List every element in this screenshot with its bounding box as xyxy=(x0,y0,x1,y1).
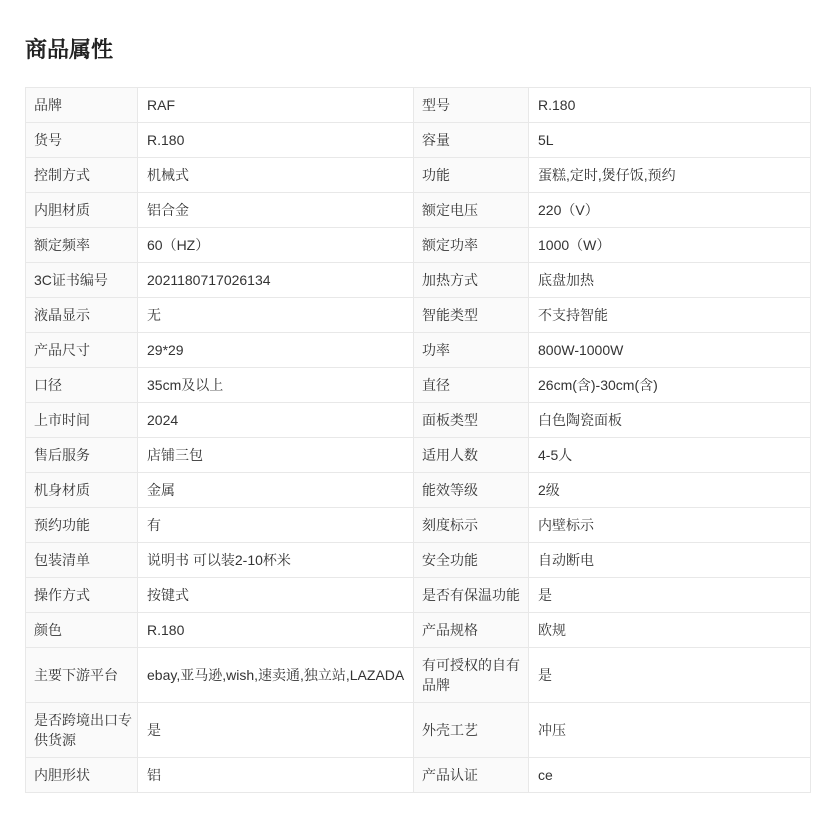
attribute-row: 内胆材质铝合金额定电压220（V） xyxy=(26,193,811,228)
attribute-value: R.180 xyxy=(138,613,414,648)
attribute-label: 额定电压 xyxy=(414,193,529,228)
attribute-row: 颜色R.180产品规格欧规 xyxy=(26,613,811,648)
attribute-label: 刻度标示 xyxy=(414,508,529,543)
attribute-label: 颜色 xyxy=(26,613,138,648)
attribute-label: 控制方式 xyxy=(26,158,138,193)
attribute-value: 2024 xyxy=(138,403,414,438)
attribute-row: 品牌RAF型号R.180 xyxy=(26,88,811,123)
attribute-value: 有 xyxy=(138,508,414,543)
attribute-label: 适用人数 xyxy=(414,438,529,473)
attribute-label: 产品规格 xyxy=(414,613,529,648)
attribute-label: 功率 xyxy=(414,333,529,368)
attribute-label: 智能类型 xyxy=(414,298,529,333)
attribute-label: 是否跨境出口专供货源 xyxy=(26,703,138,758)
attribute-value: 白色陶瓷面板 xyxy=(529,403,811,438)
attribute-value: 800W-1000W xyxy=(529,333,811,368)
attribute-label: 加热方式 xyxy=(414,263,529,298)
attribute-value: 铝合金 xyxy=(138,193,414,228)
attribute-label: 外壳工艺 xyxy=(414,703,529,758)
attribute-label: 直径 xyxy=(414,368,529,403)
attribute-row: 液晶显示无智能类型不支持智能 xyxy=(26,298,811,333)
attribute-value: 26cm(含)-30cm(含) xyxy=(529,368,811,403)
attribute-value: 无 xyxy=(138,298,414,333)
attribute-row: 口径35cm及以上直径26cm(含)-30cm(含) xyxy=(26,368,811,403)
attribute-value: 2级 xyxy=(529,473,811,508)
attribute-row: 产品尺寸29*29功率800W-1000W xyxy=(26,333,811,368)
product-attributes-page: 商品属性 品牌RAF型号R.180货号R.180容量5L控制方式机械式功能蛋糕,… xyxy=(0,0,834,817)
attribute-row: 机身材质金属能效等级2级 xyxy=(26,473,811,508)
attribute-value: 5L xyxy=(529,123,811,158)
attribute-value: 29*29 xyxy=(138,333,414,368)
attribute-row: 是否跨境出口专供货源是外壳工艺冲压 xyxy=(26,703,811,758)
attribute-value: RAF xyxy=(138,88,414,123)
attribute-label: 货号 xyxy=(26,123,138,158)
attribute-value: ce xyxy=(529,758,811,793)
attribute-label: 主要下游平台 xyxy=(26,648,138,703)
attribute-label: 能效等级 xyxy=(414,473,529,508)
attribute-label: 口径 xyxy=(26,368,138,403)
page-title: 商品属性 xyxy=(25,37,810,63)
attribute-value: 内壁标示 xyxy=(529,508,811,543)
attribute-label: 包装清单 xyxy=(26,543,138,578)
attribute-value: 不支持智能 xyxy=(529,298,811,333)
attribute-value: R.180 xyxy=(138,123,414,158)
attribute-label: 面板类型 xyxy=(414,403,529,438)
attribute-value: 说明书 可以装2-10杯米 xyxy=(138,543,414,578)
attribute-value: 是 xyxy=(529,578,811,613)
attribute-row: 包装清单说明书 可以装2-10杯米安全功能自动断电 xyxy=(26,543,811,578)
attribute-row: 预约功能有刻度标示内壁标示 xyxy=(26,508,811,543)
attribute-value: 自动断电 xyxy=(529,543,811,578)
attribute-row: 操作方式按键式是否有保温功能是 xyxy=(26,578,811,613)
attributes-table-body: 品牌RAF型号R.180货号R.180容量5L控制方式机械式功能蛋糕,定时,煲仔… xyxy=(26,88,811,793)
attribute-value: 2021180717026134 xyxy=(138,263,414,298)
attribute-value: 底盘加热 xyxy=(529,263,811,298)
attribute-row: 售后服务店铺三包适用人数4-5人 xyxy=(26,438,811,473)
attribute-label: 是否有保温功能 xyxy=(414,578,529,613)
attribute-label: 有可授权的自有品牌 xyxy=(414,648,529,703)
attribute-value: 金属 xyxy=(138,473,414,508)
attribute-row: 3C证书编号2021180717026134加热方式底盘加热 xyxy=(26,263,811,298)
attribute-row: 上市时间2024面板类型白色陶瓷面板 xyxy=(26,403,811,438)
attribute-value: 欧规 xyxy=(529,613,811,648)
attribute-label: 容量 xyxy=(414,123,529,158)
attribute-label: 预约功能 xyxy=(26,508,138,543)
attribute-value: 60（HZ） xyxy=(138,228,414,263)
attribute-label: 产品认证 xyxy=(414,758,529,793)
attribute-value: 是 xyxy=(138,703,414,758)
attribute-label: 内胆材质 xyxy=(26,193,138,228)
attribute-value: 店铺三包 xyxy=(138,438,414,473)
attribute-value: 蛋糕,定时,煲仔饭,预约 xyxy=(529,158,811,193)
attribute-value: 220（V） xyxy=(529,193,811,228)
attribute-value: R.180 xyxy=(529,88,811,123)
attribute-value: 机械式 xyxy=(138,158,414,193)
attribute-label: 售后服务 xyxy=(26,438,138,473)
attribute-label: 3C证书编号 xyxy=(26,263,138,298)
attribute-value: 按键式 xyxy=(138,578,414,613)
attribute-label: 产品尺寸 xyxy=(26,333,138,368)
attribute-row: 主要下游平台ebay,亚马逊,wish,速卖通,独立站,LAZADA有可授权的自… xyxy=(26,648,811,703)
attribute-value: 4-5人 xyxy=(529,438,811,473)
attribute-value: 1000（W） xyxy=(529,228,811,263)
attribute-value: 冲压 xyxy=(529,703,811,758)
attribute-label: 安全功能 xyxy=(414,543,529,578)
attribute-label: 内胆形状 xyxy=(26,758,138,793)
attribute-row: 内胆形状铝产品认证ce xyxy=(26,758,811,793)
attribute-row: 货号R.180容量5L xyxy=(26,123,811,158)
attributes-table: 品牌RAF型号R.180货号R.180容量5L控制方式机械式功能蛋糕,定时,煲仔… xyxy=(25,87,811,793)
attribute-label: 额定频率 xyxy=(26,228,138,263)
attribute-label: 液晶显示 xyxy=(26,298,138,333)
attribute-value: 铝 xyxy=(138,758,414,793)
attribute-label: 功能 xyxy=(414,158,529,193)
attribute-row: 控制方式机械式功能蛋糕,定时,煲仔饭,预约 xyxy=(26,158,811,193)
attribute-label: 操作方式 xyxy=(26,578,138,613)
attribute-value: 是 xyxy=(529,648,811,703)
attribute-value: ebay,亚马逊,wish,速卖通,独立站,LAZADA xyxy=(138,648,414,703)
attribute-label: 机身材质 xyxy=(26,473,138,508)
attribute-label: 上市时间 xyxy=(26,403,138,438)
attribute-label: 型号 xyxy=(414,88,529,123)
attribute-row: 额定频率60（HZ）额定功率1000（W） xyxy=(26,228,811,263)
attribute-label: 品牌 xyxy=(26,88,138,123)
attribute-label: 额定功率 xyxy=(414,228,529,263)
attribute-value: 35cm及以上 xyxy=(138,368,414,403)
